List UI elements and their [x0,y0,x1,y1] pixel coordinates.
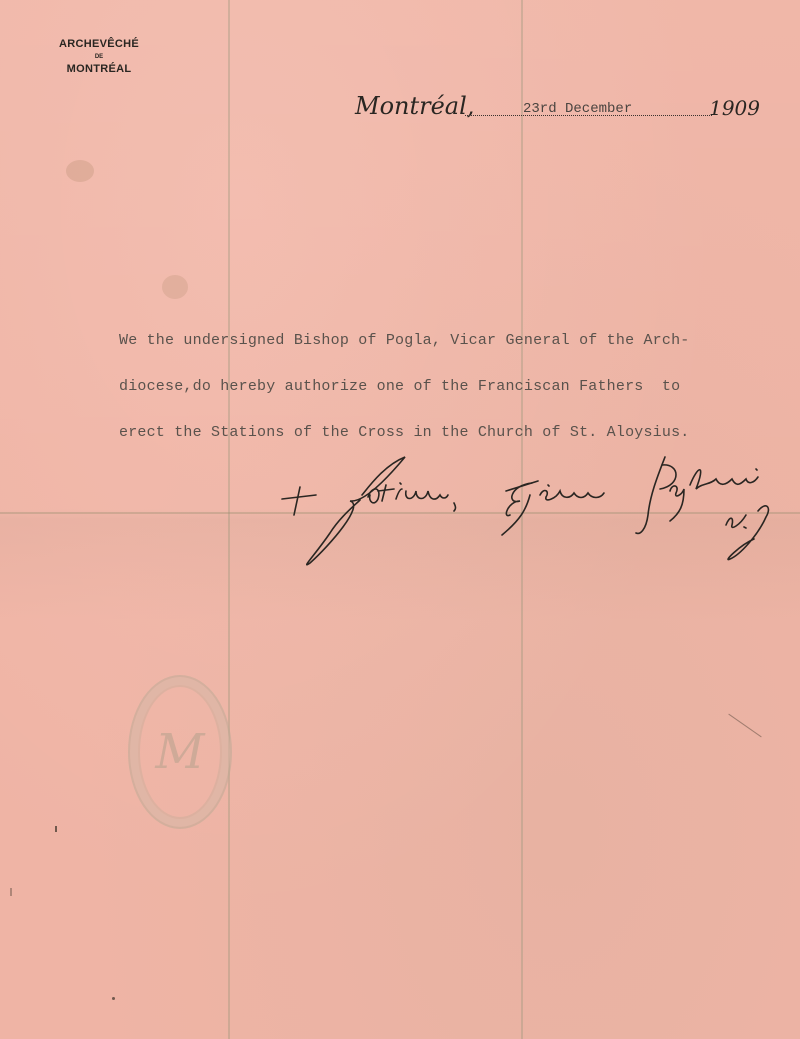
dateline-date: 23rd December [523,101,632,117]
body-line: erect the Stations of the Cross in the C… [119,410,759,456]
fold-crease-vertical-left [228,0,230,1039]
letter-body: We the undersigned Bishop of Pogla, Vica… [119,318,759,456]
body-line: We the undersigned Bishop of Pogla, Vica… [119,318,759,364]
letterhead-line-2: DE [44,54,154,60]
handwritten-signature [270,455,790,570]
ink-speck [112,997,115,1000]
letterhead-line-1: ARCHEVÊCHÉ [44,38,154,50]
ink-speck [55,826,57,832]
paper-stain [66,160,94,182]
seal-monogram: M [155,724,204,780]
paper-stain [162,275,188,299]
body-line: diocese,do hereby authorize one of the F… [119,364,759,410]
letterhead-line-3: MONTRÉAL [44,63,154,75]
signature-scrawl-icon [270,455,790,570]
embossed-seal: M [128,675,232,829]
ink-speck [10,888,12,896]
letterhead: ARCHEVÊCHÉ DE MONTRÉAL [44,38,154,75]
dateline-place: Montréal, [355,92,474,120]
dateline: Montréal, 23rd December 1909 [355,92,760,128]
dateline-year: 1909 [709,96,760,120]
